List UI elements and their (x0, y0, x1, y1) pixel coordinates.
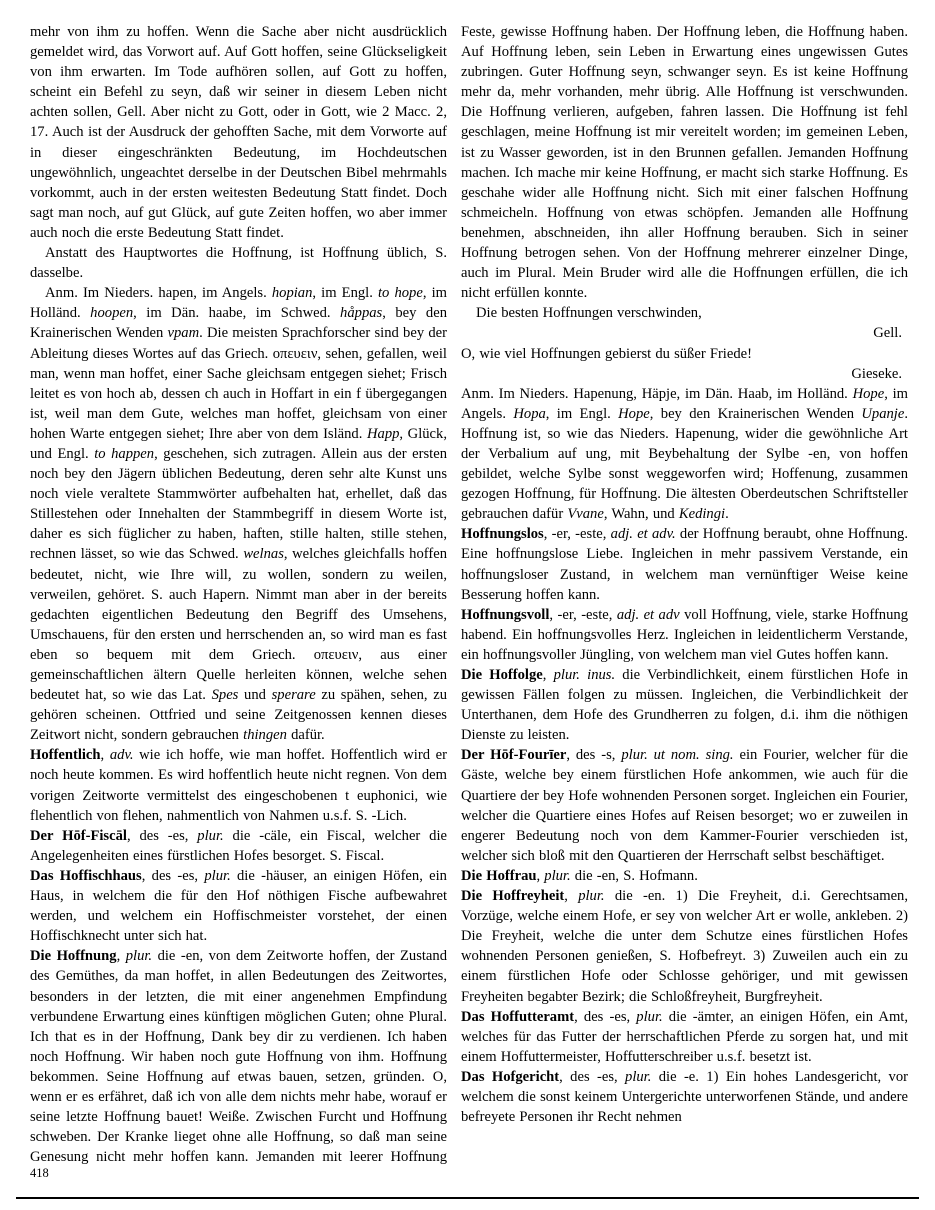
dictionary-entry: Der Hōf-Fourīer, des -s, plur. ut nom. s… (461, 745, 908, 866)
text-segment: , geschehen, sich zutragen. Allein aus d… (30, 446, 447, 562)
text-segment: , im Engl. (546, 406, 618, 422)
quote-attribution: Gell. (461, 323, 908, 343)
dictionary-entry: Die Hoffrau, plur. die -en, S. Hofmann. (461, 866, 908, 886)
text-segment: , -er, -este, (549, 607, 616, 623)
text-segment: Das Hoffischhaus (30, 868, 142, 884)
text-segment: plur. (636, 1009, 662, 1025)
text-segment: , des -es, (559, 1069, 625, 1085)
paragraph: Feste, gewisse Hoffnung haben. Der Hoffn… (461, 22, 908, 303)
text-segment: , des -es, (127, 828, 197, 844)
text-segment: adv. (110, 747, 134, 763)
paragraph: mehr von ihm zu hoffen. Wenn die Sache a… (30, 22, 447, 243)
text-segment: Spes (212, 687, 239, 703)
text-segment: Die Hoffolge (461, 667, 543, 683)
dictionary-entry: Hoffnungslos, -er, -este, adj. et adv. d… (461, 524, 908, 604)
text-segment: Anm. Im Nieders. Hapenung, Häpje, im Dän… (461, 386, 853, 402)
text-segment: plur. (126, 948, 152, 964)
text-segment: Hope (618, 406, 650, 422)
paragraph: Anm. Im Nieders. Hapenung, Häpje, im Dän… (461, 384, 908, 525)
text-segment: Der Hōf-Fourīer (461, 747, 566, 763)
text-segment: Die besten Hoffnungen verschwinden, (476, 305, 702, 321)
text-segment: , des -es, (142, 868, 205, 884)
dictionary-entry: Der Hōf-Fiscāl, des -es, plur. die -cäle… (30, 826, 447, 866)
text-segment: plur. ut nom. sing. (621, 747, 733, 763)
text-segment: plur. (197, 828, 223, 844)
text-segment: Happ (367, 426, 399, 442)
dictionary-entry: Die Hoffreyheit, plur. die -en. 1) Die F… (461, 886, 908, 1007)
paragraph: Anstatt des Hauptwortes die Hoffnung, is… (30, 243, 447, 283)
text-segment: plur. (578, 888, 604, 904)
dictionary-entry: Die Hoffnung, plur. die -en, von dem Zei… (30, 946, 447, 1168)
verse-line: O, wie viel Hoffnungen gebierst du süßer… (461, 344, 908, 364)
text-segment: mehr von ihm zu hoffen. Wenn die Sache a… (30, 24, 447, 241)
text-segment: . (725, 506, 729, 522)
page-number: 418 (30, 1166, 49, 1180)
text-segment: Kedingi (679, 506, 725, 522)
text-segment: Die Hoffnung (30, 948, 117, 964)
text-segment: to hope (378, 285, 423, 301)
text-columns: mehr von ihm zu hoffen. Wenn die Sache a… (30, 22, 908, 1168)
text-segment: , bey den Krainerischen Wenden (650, 406, 862, 422)
text-segment: O, wie viel Hoffnungen gebierst du süßer… (461, 346, 752, 362)
text-segment: Die Hoffrau (461, 868, 536, 884)
quote-attribution: Gieseke. (461, 364, 908, 384)
text-segment: Das Hofgericht (461, 1069, 559, 1085)
paragraph: Anm. Im Nieders. hapen, im Angels. hopia… (30, 283, 447, 745)
text-segment: adj. et adv. (611, 526, 676, 542)
text-segment: , (101, 747, 110, 763)
text-segment: Die Hoffreyheit (461, 888, 564, 904)
text-segment: to happen (94, 446, 154, 462)
text-segment: , -er, -este, (544, 526, 611, 542)
dictionary-entry: Hoffnungsvoll, -er, -este, adj. et adv v… (461, 605, 908, 665)
text-segment: welnas (243, 546, 284, 562)
text-segment: . Hoffnung ist, so wie das Nieders. Hape… (461, 406, 908, 522)
text-segment: hoopen (90, 305, 133, 321)
text-segment: Hoffentlich (30, 747, 101, 763)
text-segment: Feste, gewisse Hoffnung haben. Der Hoffn… (461, 24, 908, 301)
text-segment: , des -s, (566, 747, 621, 763)
text-segment: Hopa (513, 406, 545, 422)
bottom-rule (16, 1197, 919, 1199)
text-segment: Gell. (873, 325, 902, 341)
text-segment: Anstatt des Hauptwortes die Hoffnung, is… (30, 245, 447, 281)
text-segment: plur. (544, 868, 570, 884)
text-segment: Upanje (861, 406, 904, 422)
text-segment: , welches gleichfalls hoffen bedeutet, n… (30, 546, 447, 703)
text-segment: , Wahn, und (604, 506, 679, 522)
text-segment: Vvane (567, 506, 603, 522)
text-segment: ein Fourier, welcher für die Gäste, welc… (461, 747, 908, 863)
text-segment: plur. inus. (554, 667, 616, 683)
text-segment: , im Engl. (312, 285, 378, 301)
text-segment: dafür. (287, 727, 325, 743)
text-segment: vpam (168, 325, 200, 341)
text-segment: Der Hōf-Fiscāl (30, 828, 127, 844)
text-segment: die -en. 1) Die Freyheit, d.i. Gerechtsa… (461, 888, 908, 1004)
text-segment: Hoffnungsvoll (461, 607, 549, 623)
text-segment: håppas (340, 305, 382, 321)
verse-line: Die besten Hoffnungen verschwinden, (461, 303, 908, 323)
text-segment: plur. (204, 868, 230, 884)
text-segment: Das Hoffutteramt (461, 1009, 574, 1025)
dictionary-entry: Hoffentlich, adv. wie ich hoffe, wie man… (30, 745, 447, 825)
dictionary-entry: Das Hofgericht, des -es, plur. die -e. 1… (461, 1067, 908, 1127)
dictionary-entry: Das Hoffutteramt, des -es, plur. die -äm… (461, 1007, 908, 1067)
text-column-right: Feste, gewisse Hoffnung haben. Der Hoffn… (461, 22, 908, 1168)
text-segment: , im Dän. haabe, im Schwed. (133, 305, 340, 321)
dictionary-entry: Die Hoffolge, plur. inus. die Verbindlic… (461, 665, 908, 745)
text-segment: Hope (853, 386, 885, 402)
text-segment: , (543, 667, 554, 683)
text-segment: , (564, 888, 578, 904)
text-segment: Gieseke. (851, 366, 902, 382)
text-segment: sperare (272, 687, 316, 703)
text-segment: Hoffnungslos (461, 526, 544, 542)
text-segment: hopian (272, 285, 313, 301)
text-segment: plur. (625, 1069, 651, 1085)
text-column-left: mehr von ihm zu hoffen. Wenn die Sache a… (30, 22, 447, 1168)
text-segment: und (238, 687, 271, 703)
text-segment: Anm. Im Nieders. hapen, im Angels. (45, 285, 272, 301)
text-segment: thingen (243, 727, 287, 743)
text-segment: adj. et adv (617, 607, 680, 623)
text-segment: die -en, von dem Zeitworte hoffen, der Z… (30, 948, 447, 1168)
text-segment: . Die meisten Sprachforscher sind bey de… (30, 325, 447, 441)
dictionary-entry: Das Hoffischhaus, des -es, plur. die -hä… (30, 866, 447, 946)
text-segment: , des -es, (574, 1009, 636, 1025)
text-segment: die -en, S. Hofmann. (571, 868, 698, 884)
dictionary-page: mehr von ihm zu hoffen. Wenn die Sache a… (0, 0, 935, 1210)
text-segment: , (117, 948, 126, 964)
